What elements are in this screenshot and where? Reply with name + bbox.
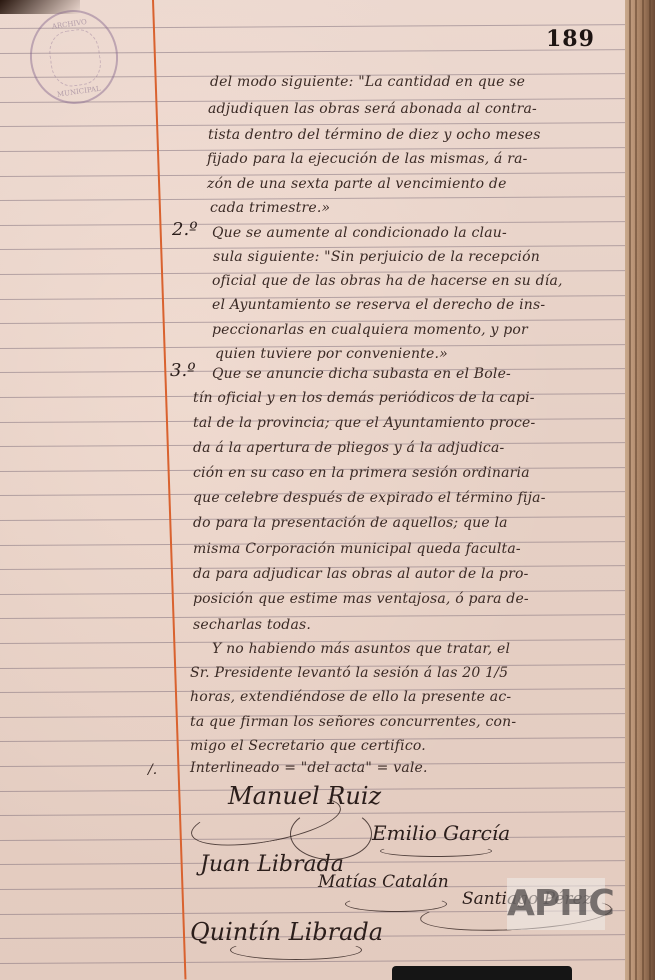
page-number: 189 <box>546 26 595 52</box>
text-line: tista dentro del término de diez y ocho … <box>208 127 541 143</box>
text-line: Interlineado = "del acta" = vale. <box>190 760 428 776</box>
text-line: Que se aumente al condicionado la clau- <box>212 225 507 241</box>
book-page-edges <box>625 0 655 980</box>
text-line: da á la apertura de pliegos y á la adjud… <box>193 440 504 456</box>
text-line: do para la presentación de aquellos; que… <box>193 515 508 531</box>
text-line: ción en su caso en la primera sesión ord… <box>193 465 530 481</box>
text-line: Sr. Presidente levantó la sesión á las 2… <box>190 665 508 681</box>
text-line: zón de una sexta parte al vencimiento de <box>207 176 507 192</box>
text-line: da para adjudicar las obras al autor de … <box>193 566 529 582</box>
text-line: Y no habiendo más asuntos que tratar, el <box>212 641 510 657</box>
watermark-logo: APHC <box>507 878 605 930</box>
ruled-line <box>0 959 625 964</box>
item-number: 3.º <box>170 360 196 381</box>
text-line: horas, extendiéndose de ello la presente… <box>190 689 511 705</box>
signature-underline <box>380 845 492 857</box>
text-line: que celebre después de expirado el térmi… <box>193 490 546 506</box>
signature-rubric <box>290 808 372 860</box>
text-line: secharlas todas. <box>193 617 311 633</box>
stamp-emblem <box>46 27 103 89</box>
text-line: cada trimestre.» <box>210 200 330 216</box>
text-line: tal de la provincia; que el Ayuntamiento… <box>193 415 535 431</box>
text-line: misma Corporación municipal queda facult… <box>193 541 521 557</box>
margin-rule-line <box>152 0 186 979</box>
text-line: oficial que de las obras ha de hacerse e… <box>212 273 563 289</box>
text-line: ta que firman los señores concurrentes, … <box>190 714 516 730</box>
text-line: peccionarlas en cualquiera momento, y po… <box>212 322 528 338</box>
text-line: adjudiquen las obras será abonada al con… <box>208 101 537 117</box>
text-line: quien tuviere por conveniente.» <box>215 346 448 362</box>
document-page: ARCHIVO MUNICIPAL 189 del modo siguiente… <box>0 0 625 980</box>
text-line: el Ayuntamiento se reserva el derecho de… <box>212 297 545 313</box>
text-line: posición que estime mas ventajosa, ó par… <box>193 591 529 607</box>
text-line: migo el Secretario que certifico. <box>190 738 426 754</box>
text-line: fijado para la ejecución de las mismas, … <box>207 151 528 167</box>
signature-flourish <box>230 940 362 960</box>
item-number: 2.º <box>172 219 198 240</box>
signature: Matías Catalán <box>318 872 449 892</box>
margin-note: /. <box>148 762 157 778</box>
text-line: sula siguiente: "Sin perjuicio de la rec… <box>213 249 540 265</box>
text-line: tín oficial y en los demás periódicos de… <box>193 390 535 406</box>
archive-stamp-icon: ARCHIVO MUNICIPAL <box>24 4 124 109</box>
book-clip <box>392 966 572 980</box>
text-line: Que se anuncie dicha subasta en el Bole- <box>212 366 511 382</box>
signature: Emilio García <box>372 821 510 845</box>
text-line: del modo siguiente: "La cantidad en que … <box>210 74 525 90</box>
ruled-line <box>0 615 625 620</box>
